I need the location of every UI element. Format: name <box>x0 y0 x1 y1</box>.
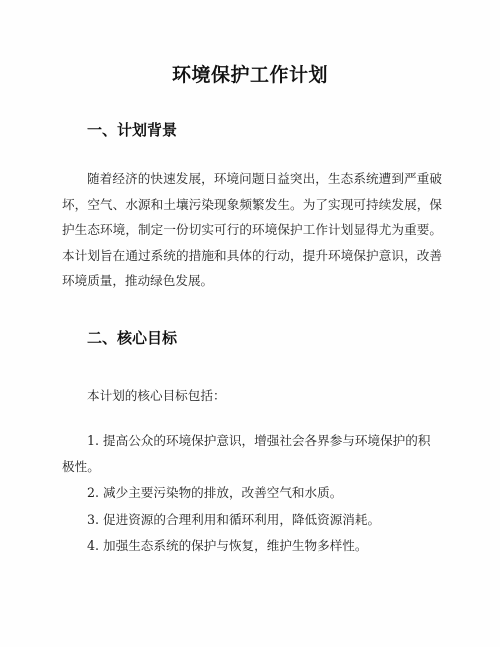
document-page: 环境保护工作计划 一、计划背景 随着经济的快速发展，环境问题日益突出，生态系统遭… <box>0 0 500 647</box>
background-paragraph: 随着经济的快速发展，环境问题日益突出，生态系统遭到严重破坏，空气、水源和土壤污染… <box>62 166 442 294</box>
goal-item: 3. 促进资源的合理利用和循环利用，降低资源消耗。 <box>62 507 440 533</box>
goals-intro-text: 本计划的核心目标包括： <box>87 383 226 409</box>
goal-item: 1. 提高公众的环境保护意识，增强社会各界参与环境保护的积极性。 <box>62 428 440 479</box>
goal-item: 2. 减少主要污染物的排放，改善空气和水质。 <box>62 480 440 506</box>
document-title: 环境保护工作计划 <box>0 60 500 87</box>
section-heading-background: 一、计划背景 <box>87 119 177 140</box>
goal-item: 4. 加强生态系统的保护与恢复，维护生物多样性。 <box>62 533 440 559</box>
goals-list: 1. 提高公众的环境保护意识，增强社会各界参与环境保护的积极性。 2. 减少主要… <box>62 428 440 560</box>
section-heading-core-goals: 二、核心目标 <box>87 327 177 348</box>
